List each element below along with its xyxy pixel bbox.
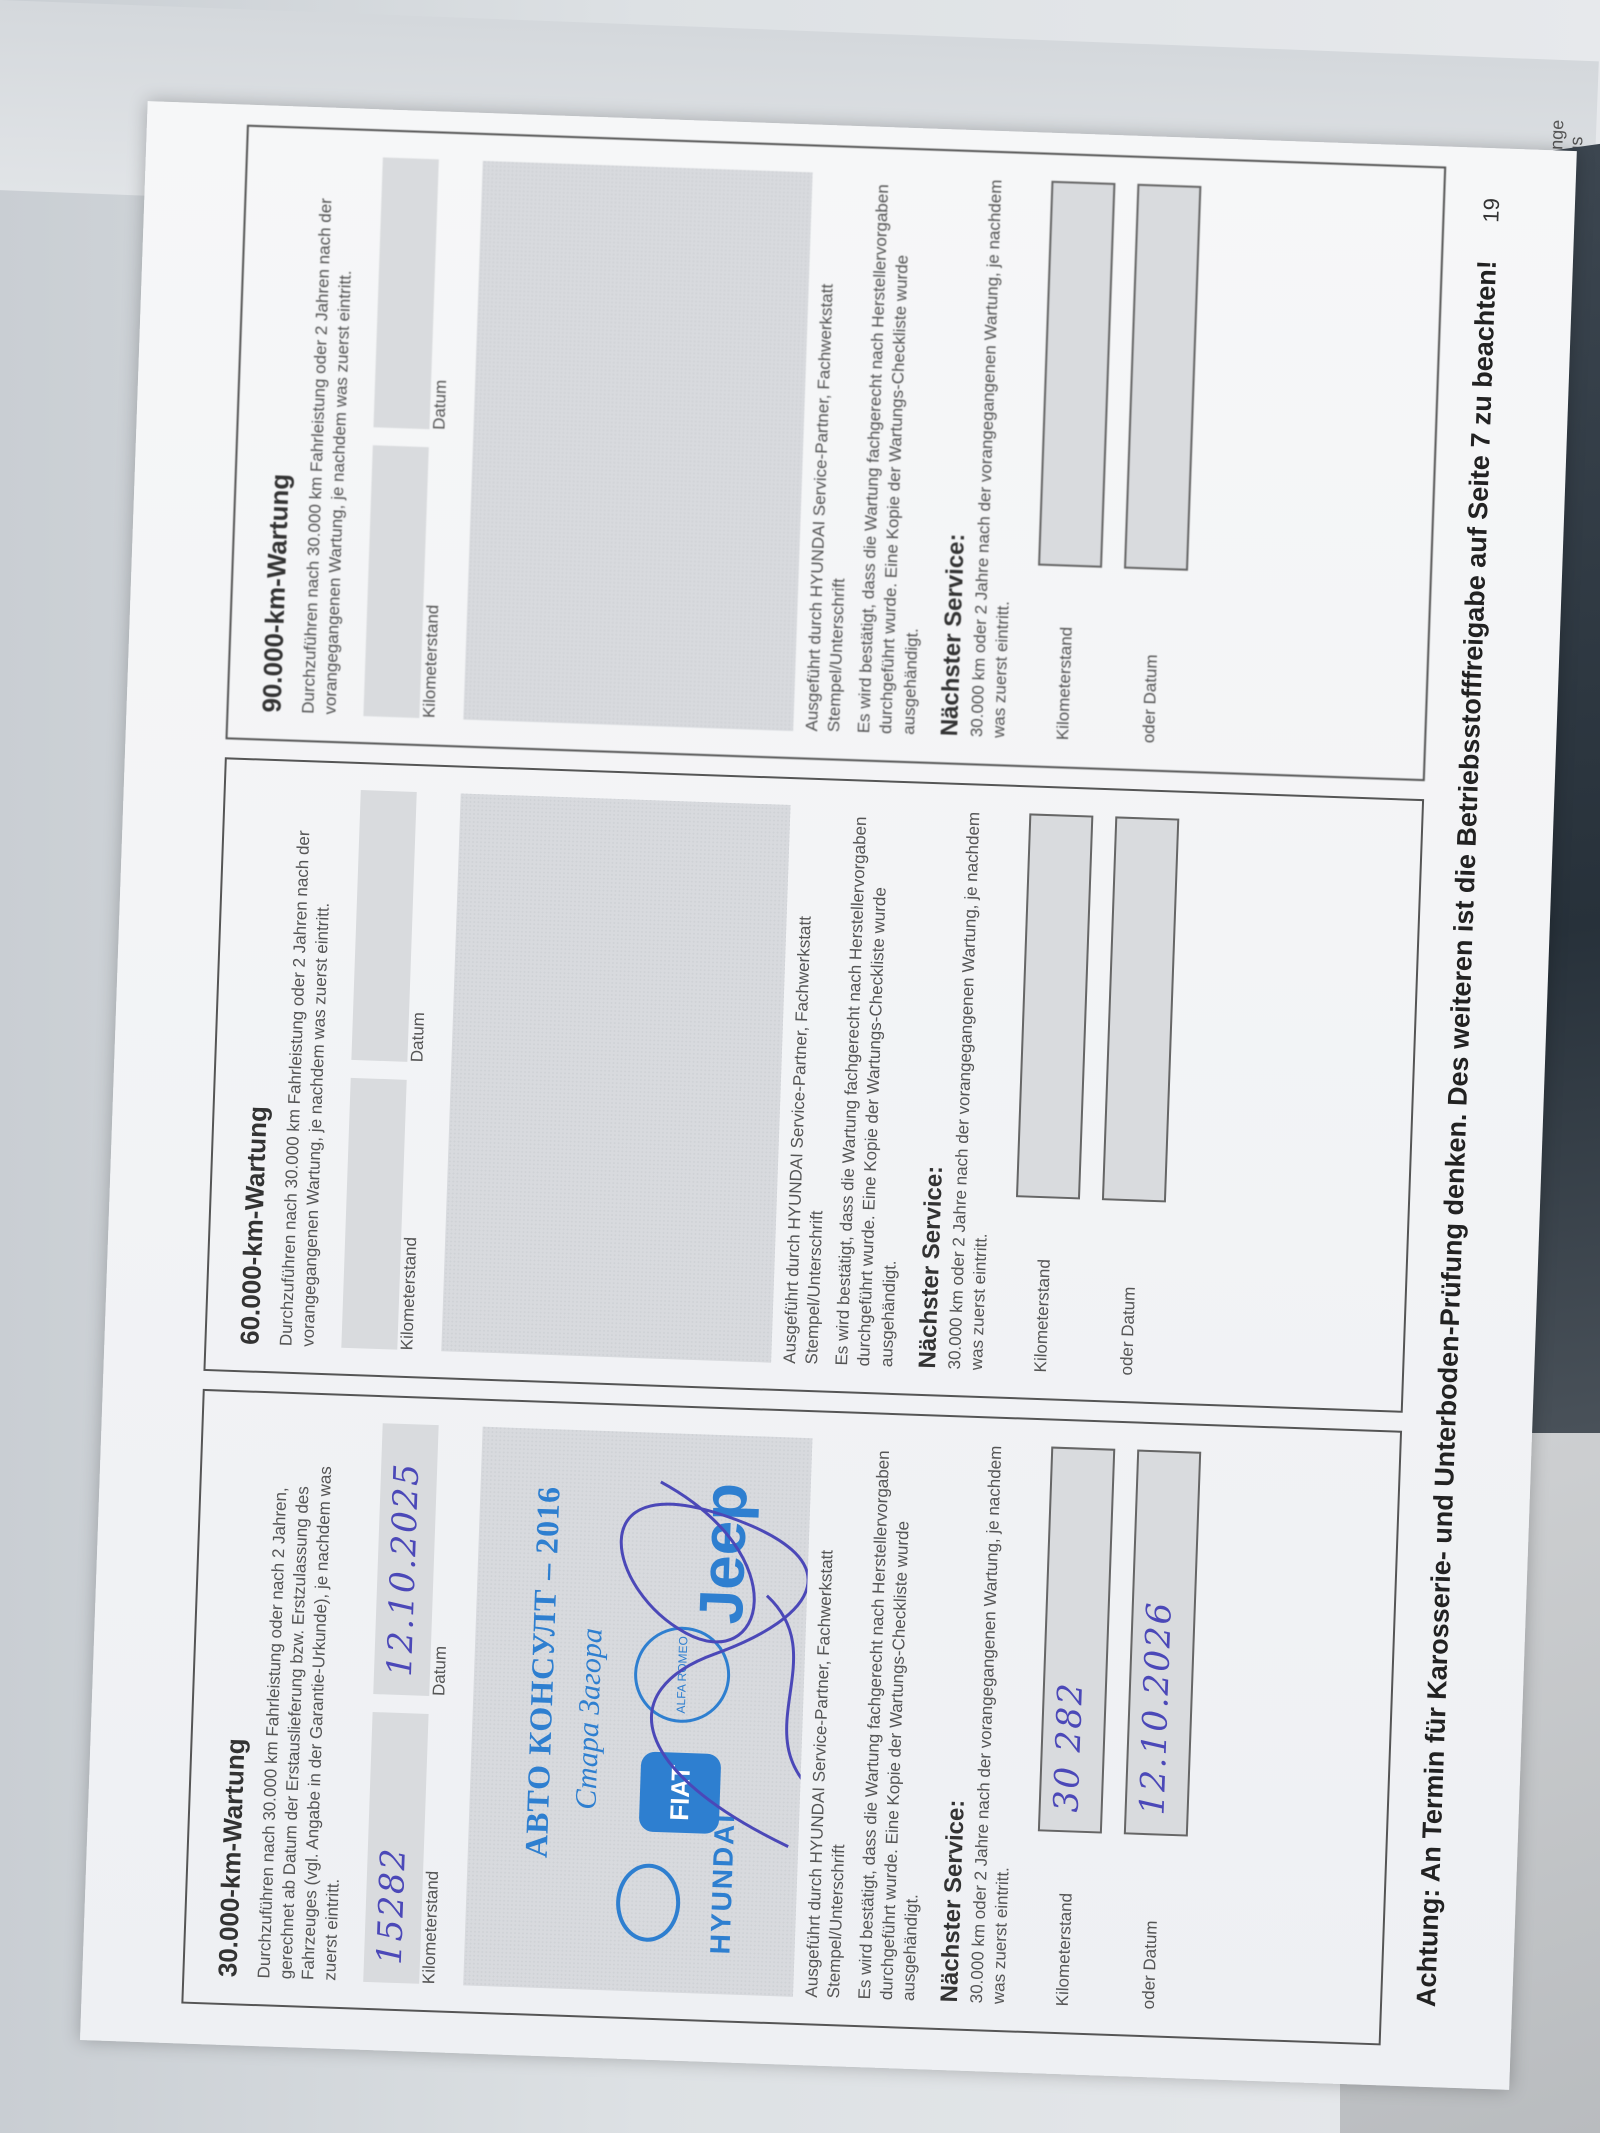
next-date-handwritten-value: 12.10.2026 <box>1133 1600 1180 1816</box>
km-field[interactable] <box>364 446 429 718</box>
next-date-label: oder Datum <box>1139 593 1164 744</box>
next-date-label: oder Datum <box>1139 1859 1164 2010</box>
service-card-30000: 30.000-km-Wartung Durchzuführen nach 30.… <box>181 1389 1402 2045</box>
card-description: Durchzuführen nach 30.000 km Fahrleistun… <box>297 155 361 715</box>
next-km-handwritten-value: 30 282 <box>1047 1681 1092 1813</box>
date-field[interactable] <box>352 790 417 1062</box>
confirmation-text: Es wird bestätigt, dass die Wartung fach… <box>853 175 939 736</box>
service-card-90000: 90.000-km-Wartung Durchzuführen nach 30.… <box>225 125 1446 781</box>
km-handwritten-value: 15282 <box>370 1846 414 1965</box>
date-field[interactable] <box>374 157 439 429</box>
hyundai-logo-icon <box>615 1863 682 1943</box>
km-field[interactable]: 15282 <box>364 1712 429 1984</box>
next-date-label: oder Datum <box>1117 1225 1142 1376</box>
stamp-signature-label: Stempel/Unterschrift <box>802 1210 826 1365</box>
page-number: 19 <box>1478 198 1505 223</box>
next-km-field[interactable]: 30 282 <box>1038 1447 1115 1834</box>
date-field[interactable]: 12.10.2025 <box>374 1424 439 1696</box>
stamp-title: АВТО КОНСУЛТ – 2016 <box>518 1485 568 1858</box>
card-description: Durchzuführen nach 30.000 km Fahrleistun… <box>253 1420 361 1981</box>
next-km-field[interactable] <box>1016 813 1093 1200</box>
next-date-field[interactable]: 12.10.2026 <box>1124 1450 1201 1837</box>
card-description: Durchzuführen nach 30.000 km Fahrleistun… <box>275 787 339 1347</box>
stamp-area[interactable]: АВТО КОНСУЛТ – 2016 Стара Загора FIAT AL… <box>464 1427 813 1997</box>
next-km-label: Kilometerstand <box>1053 1856 1078 2007</box>
service-card-60000: 60.000-km-Wartung Durchzuführen nach 30.… <box>203 757 1424 1413</box>
date-handwritten-value: 12.10.2025 <box>380 1461 427 1677</box>
stamp-signature-label: Stempel/Unterschrift <box>824 578 848 733</box>
service-book-page: 30.000-km-Wartung Durchzuführen nach 30.… <box>80 101 1577 2090</box>
confirmation-text: Es wird bestätigt, dass die Wartung fach… <box>853 1441 939 2002</box>
next-km-label: Kilometerstand <box>1053 590 1078 741</box>
next-km-field[interactable] <box>1038 181 1115 568</box>
next-km-label: Kilometerstand <box>1031 1222 1056 1373</box>
stamp-area[interactable] <box>464 161 813 731</box>
signature-icon <box>588 1470 812 1859</box>
confirmation-text: Es wird bestätigt, dass die Wartung fach… <box>831 807 917 1368</box>
next-date-field[interactable] <box>1124 184 1201 571</box>
next-date-field[interactable] <box>1102 816 1179 1203</box>
km-field[interactable] <box>341 1078 406 1350</box>
stamp-signature-label: Stempel/Unterschrift <box>824 1844 848 1999</box>
stamp-area[interactable] <box>441 793 790 1363</box>
